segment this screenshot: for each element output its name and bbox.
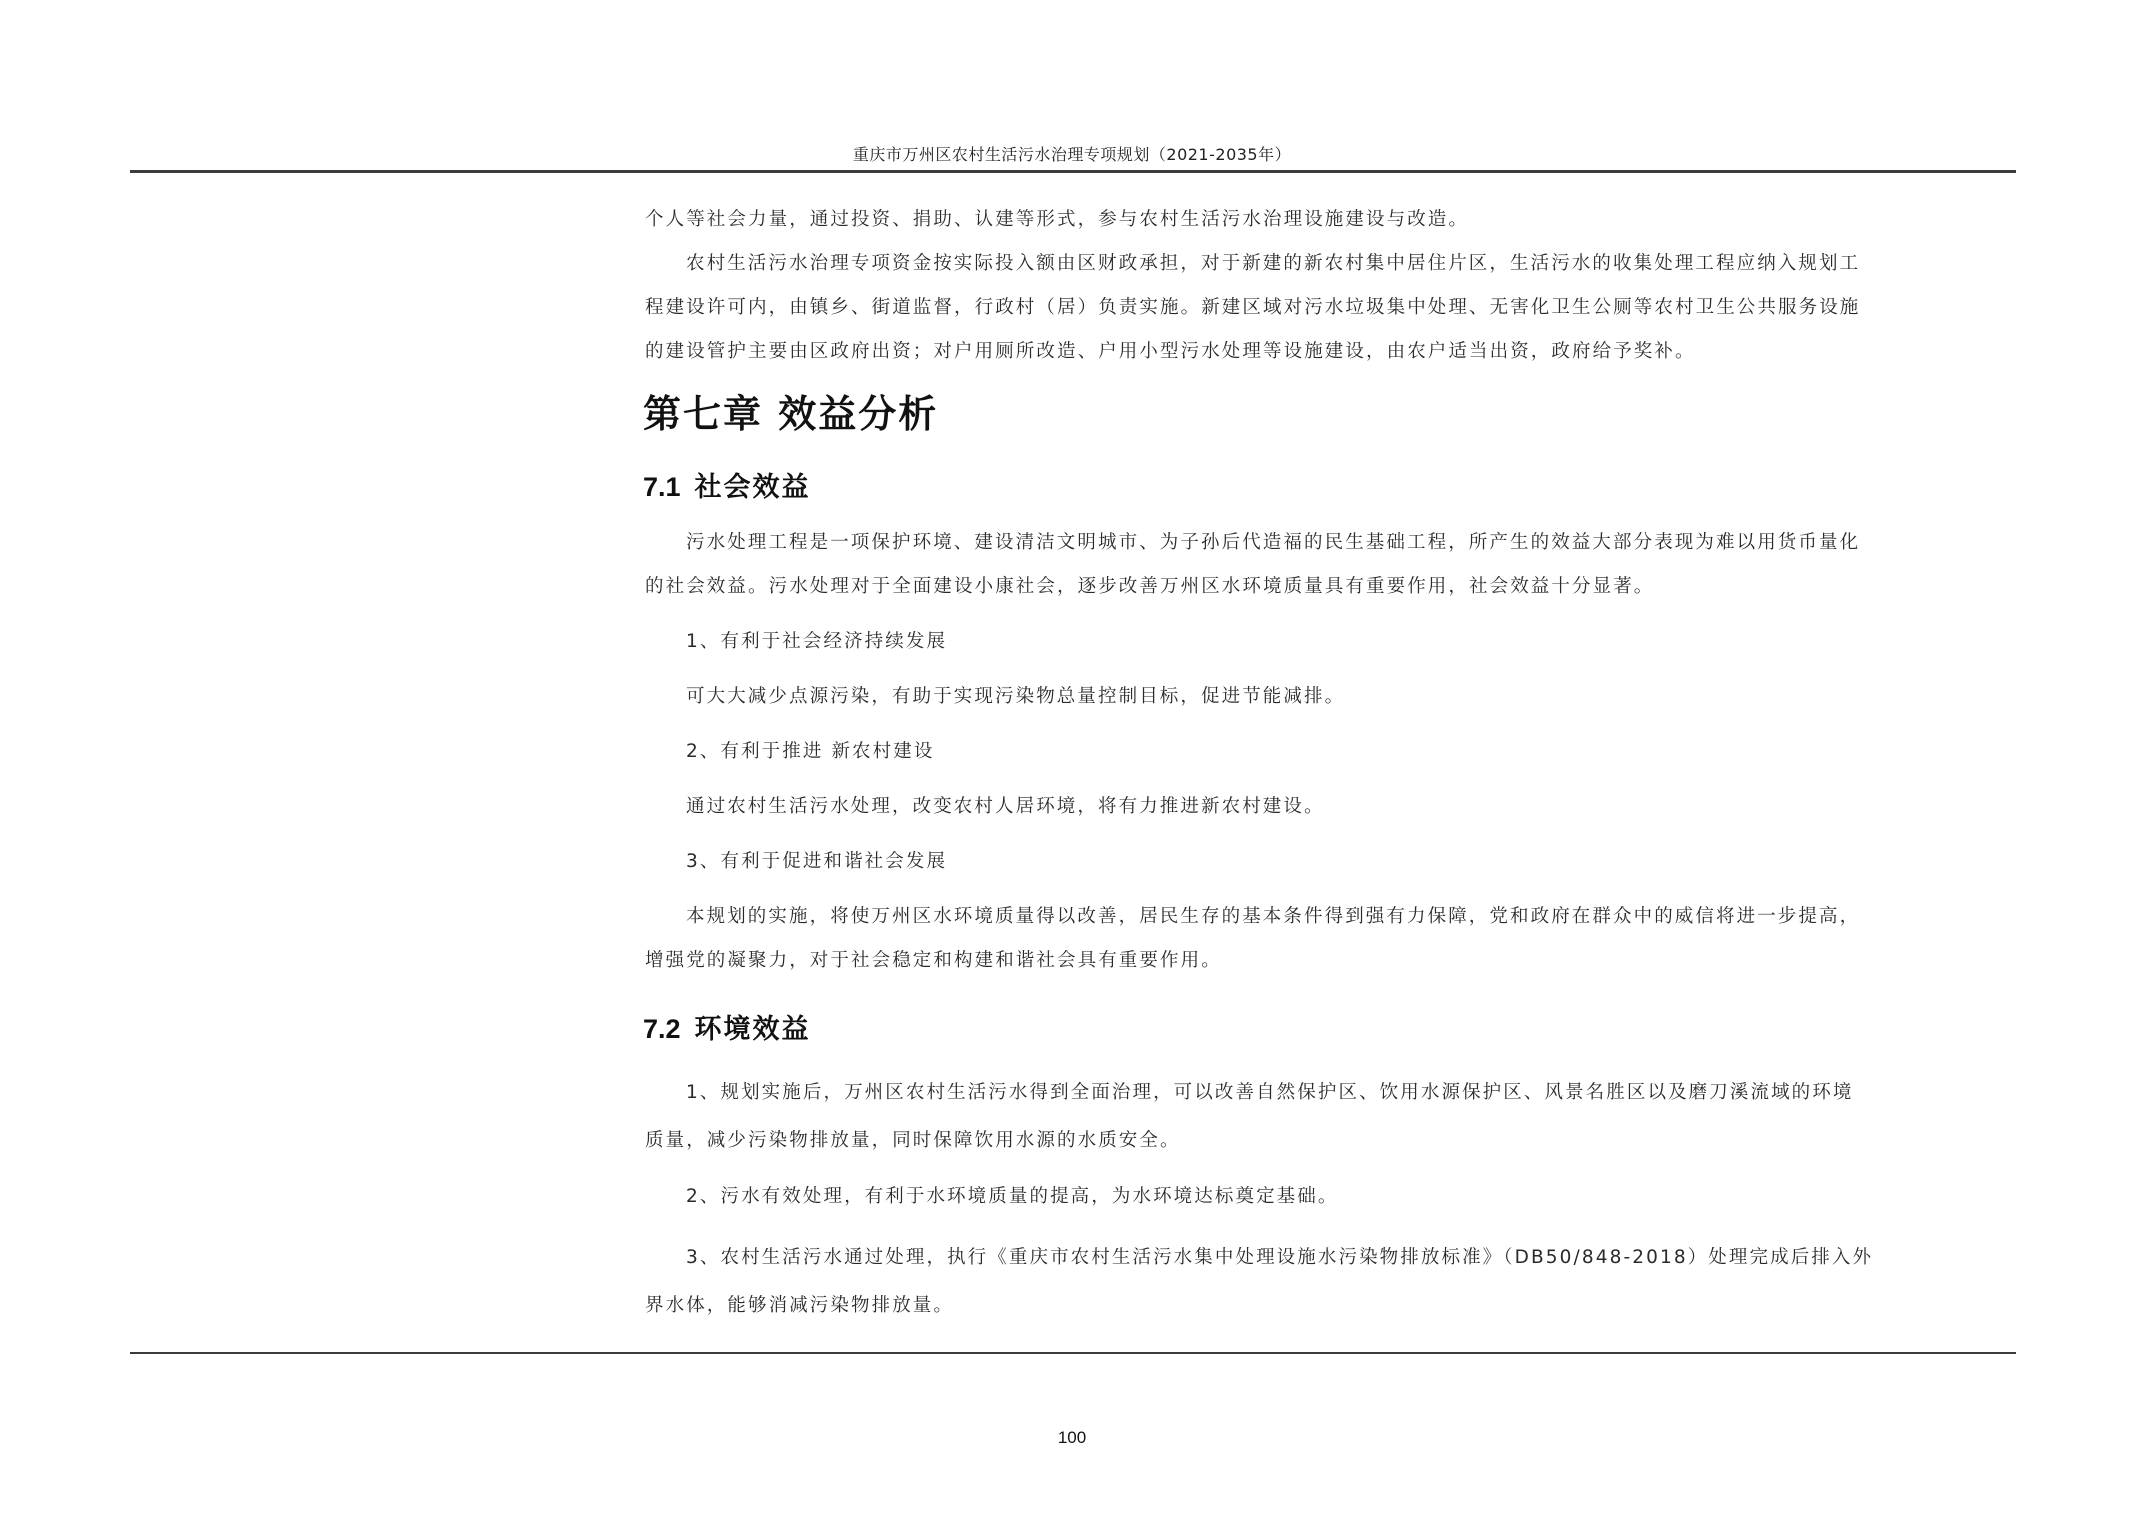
paragraph-line: 农村生活污水治理专项资金按实际投入额由区财政承担，对于新建的新农村集中居住片区，… xyxy=(686,252,1860,276)
section-number: 7.1 xyxy=(643,472,681,502)
paragraph-line: 通过农村生活污水处理，改变农村人居环境，将有力推进新农村建设。 xyxy=(686,795,1325,819)
paragraph-line: 可大大减少点源污染，有助于实现污染物总量控制目标，促进节能减排。 xyxy=(686,685,1345,709)
section-title: 社会效益 xyxy=(695,472,811,503)
paragraph-line: 污水处理工程是一项保护环境、建设清洁文明城市、为子孙后代造福的民生基础工程，所产… xyxy=(686,531,1860,555)
chapter-title: 第七章 效益分析 xyxy=(643,383,938,438)
paragraph-line: 质量，减少污染物排放量，同时保障饮用水源的水质安全。 xyxy=(645,1129,1181,1153)
paragraph-line: 本规划的实施，将使万州区水环境质量得以改善，居民生存的基本条件得到强有力保障，党… xyxy=(686,905,1860,929)
footer-rule xyxy=(130,1352,2016,1354)
header-rule xyxy=(130,170,2016,173)
running-header-title: 重庆市万州区农村生活污水治理专项规划（2021-2035年） xyxy=(0,142,2144,165)
list-item-heading: 2、有利于推进 新农村建设 xyxy=(686,740,934,764)
paragraph-line: 界水体，能够消减污染物排放量。 xyxy=(645,1294,954,1318)
list-item-heading: 1、有利于社会经济持续发展 xyxy=(686,630,947,654)
paragraph-line: 的社会效益。污水处理对于全面建设小康社会，逐步改善万州区水环境质量具有重要作用，… xyxy=(645,575,1654,599)
section-heading-7-1: 7.1社会效益 xyxy=(643,465,811,504)
paragraph-line: 3、农村生活污水通过处理，执行《重庆市农村生活污水集中处理设施水污染物排放标准》… xyxy=(686,1246,1873,1270)
paragraph-line: 的建设管护主要由区政府出资；对户用厕所改造、户用小型污水处理等设施建设，由农户适… xyxy=(645,340,1696,364)
paragraph-line: 增强党的凝聚力，对于社会稳定和构建和谐社会具有重要作用。 xyxy=(645,949,1222,973)
section-number: 7.2 xyxy=(643,1014,681,1044)
paragraph-line: 1、规划实施后，万州区农村生活污水得到全面治理，可以改善自然保护区、饮用水源保护… xyxy=(686,1081,1853,1105)
section-heading-7-2: 7.2环境效益 xyxy=(643,1007,811,1046)
page-number: 100 xyxy=(0,1428,2144,1448)
section-title: 环境效益 xyxy=(695,1014,811,1045)
list-item-heading: 3、有利于促进和谐社会发展 xyxy=(686,850,947,874)
paragraph-line: 2、污水有效处理，有利于水环境质量的提高，为水环境达标奠定基础。 xyxy=(686,1185,1338,1209)
paragraph-line: 程建设许可内，由镇乡、街道监督，行政村（居）负责实施。新建区域对污水垃圾集中处理… xyxy=(645,296,1860,320)
paragraph-line: 个人等社会力量，通过投资、捐助、认建等形式，参与农村生活污水治理设施建设与改造。 xyxy=(645,208,1469,232)
